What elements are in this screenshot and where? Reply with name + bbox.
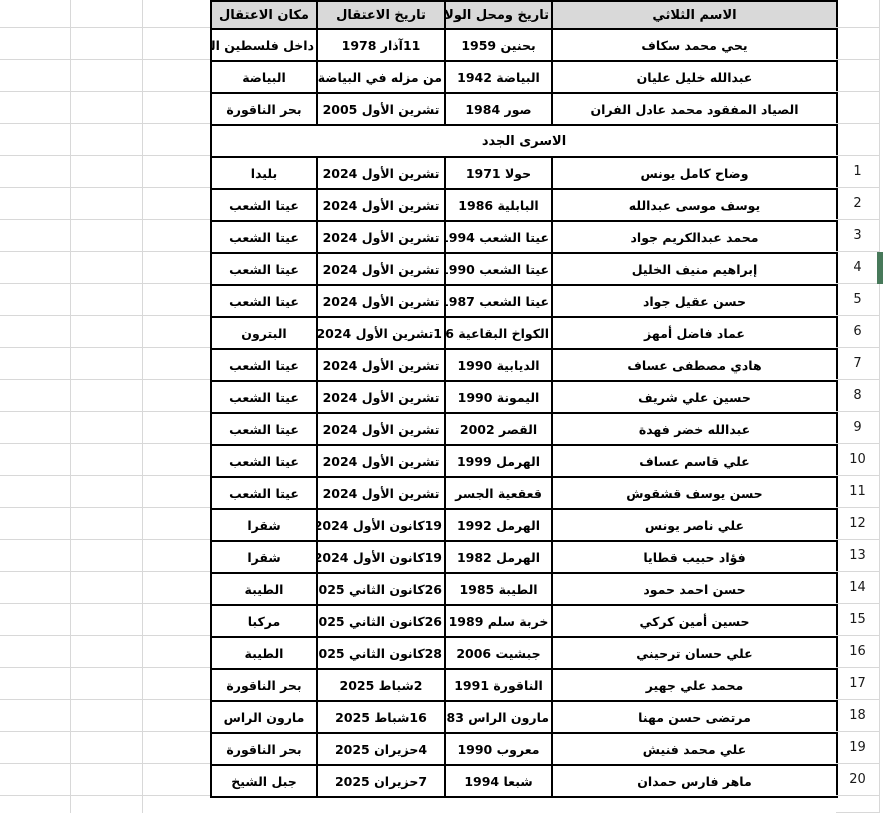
cell-birth[interactable]: الهرمل 1999 (445, 445, 552, 477)
cell-arrest-date[interactable]: 2شباط 2025 (317, 669, 445, 701)
cell-arrest-date[interactable]: 4حزيران 2025 (317, 733, 445, 765)
cell-name[interactable]: الصياد المفقود محمد عادل الفران (552, 93, 837, 125)
row-number-cell[interactable]: 12 (836, 508, 879, 540)
cell-birth[interactable]: مارون الراس 1983 (445, 701, 552, 733)
cell-arrest-date[interactable]: 1تشرين الأول 2024 (317, 317, 445, 349)
row-number-cell[interactable]: 6 (836, 316, 879, 348)
row-number-cell[interactable]: 11 (836, 476, 879, 508)
header-arrest-date[interactable]: تاريخ الاعتقال (317, 1, 445, 29)
cell-birth[interactable]: اليمونة 1990 (445, 381, 552, 413)
cell-birth[interactable]: معروب 1990 (445, 733, 552, 765)
cell-birth[interactable]: القصر 2002 (445, 413, 552, 445)
veteran-row: يحي محمد سكافبحنين 195911آذار 1978داخل ف… (211, 29, 837, 61)
cell-arrest-date[interactable]: تشرين الأول 2024 (317, 413, 445, 445)
cell-arrest-date[interactable]: تشرين الأول 2024 (317, 349, 445, 381)
cell-arrest-place[interactable]: عيتا الشعب (211, 285, 317, 317)
cell-name[interactable]: يحي محمد سكاف (552, 29, 837, 61)
cell-arrest-place[interactable]: البترون (211, 317, 317, 349)
cell-name[interactable]: حسين أمين كركي (552, 605, 837, 637)
cell-birth[interactable]: الطيبة 1985 (445, 573, 552, 605)
prisoner-row: فؤاد حبيب قطاياالهرمل 198219كانون الأول … (211, 541, 837, 573)
cell-name[interactable]: عبدالله خليل عليان (552, 61, 837, 93)
cell-arrest-place[interactable]: بحر الناقورة (211, 733, 317, 765)
cell-arrest-place[interactable]: عيتا الشعب (211, 477, 317, 509)
prisoner-row: مرتضى حسن مهنامارون الراس 198316شباط 202… (211, 701, 837, 733)
row-number-cell[interactable]: 3 (836, 220, 879, 252)
spreadsheet-canvas: الاسم الثلاثي تاريخ ومحل الولادة تاريخ ا… (0, 0, 883, 813)
row-number-cell[interactable]: 10 (836, 444, 879, 476)
cell-arrest-place[interactable]: عيتا الشعب (211, 221, 317, 253)
cell-name[interactable]: يوسف موسى عبدالله (552, 189, 837, 221)
prisoner-row: حسين أمين كركيخربة سلم 198926كانون الثان… (211, 605, 837, 637)
row-number-cell[interactable]: 20 (836, 764, 879, 796)
grid-column-line (70, 0, 71, 813)
cell-name[interactable]: علي حسان ترحيني (552, 637, 837, 669)
cell-arrest-date[interactable]: 16شباط 2025 (317, 701, 445, 733)
veteran-row: الصياد المفقود محمد عادل الفرانصور 1984ت… (211, 93, 837, 125)
prisoner-row: عماد فاضل أمهزالكواخ البقاعية 19861تشرين… (211, 317, 837, 349)
cell-birth[interactable]: عيتا الشعب 1987 (445, 285, 552, 317)
cell-name[interactable]: هادي مصطفى عساف (552, 349, 837, 381)
cell-arrest-place[interactable]: مركبا (211, 605, 317, 637)
row-number-cell[interactable]: 2 (836, 188, 879, 220)
cell-birth[interactable]: الهرمل 1982 (445, 541, 552, 573)
grid-column-line (142, 0, 143, 813)
cell-arrest-place[interactable]: بحر الناقورة (211, 669, 317, 701)
cell-arrest-date[interactable]: 19كانون الأول 2024 (317, 541, 445, 573)
row-number-cell[interactable]: 4 (836, 252, 879, 284)
prisoner-row: علي محمد فنيشمعروب 19904حزيران 2025بحر ا… (211, 733, 837, 765)
cell-arrest-date[interactable]: تشرين الأول 2024 (317, 221, 445, 253)
cell-arrest-date[interactable]: 7حزيران 2025 (317, 765, 445, 797)
cell-name[interactable]: عبدالله خضر فهدة (552, 413, 837, 445)
row-number-cell[interactable]: 7 (836, 348, 879, 380)
row-number-column[interactable]: 1234567891011121314151617181920 (836, 0, 880, 813)
cell-name[interactable]: محمد علي جهير (552, 669, 837, 701)
row-number-cell[interactable]: 14 (836, 572, 879, 604)
cell-birth[interactable]: الناقورة 1991 (445, 669, 552, 701)
prisoner-row: هادي مصطفى عسافالديابية 1990تشرين الأول … (211, 349, 837, 381)
prisoner-row: حسين علي شريفاليمونة 1990تشرين الأول 202… (211, 381, 837, 413)
cell-arrest-place[interactable]: البياضة (211, 61, 317, 93)
cell-arrest-place[interactable]: عيتا الشعب (211, 445, 317, 477)
row-number-cell[interactable]: 16 (836, 636, 879, 668)
prisoner-row: حسن يوسف قشقوشقعقعية الجسرتشرين الأول 20… (211, 477, 837, 509)
row-number-cell[interactable]: 17 (836, 668, 879, 700)
row-number-cell[interactable]: 1 (836, 156, 879, 188)
prisoner-row: عبدالله خضر فهدةالقصر 2002تشرين الأول 20… (211, 413, 837, 445)
cell-arrest-place[interactable]: بليدا (211, 157, 317, 189)
row-number-cell[interactable]: 15 (836, 604, 879, 636)
cell-arrest-date[interactable]: 11آذار 1978 (317, 29, 445, 61)
cell-arrest-place[interactable]: شقرا (211, 509, 317, 541)
prisoner-row: محمد علي جهيرالناقورة 19912شباط 2025بحر … (211, 669, 837, 701)
cell-name[interactable]: وضاح كامل يونس (552, 157, 837, 189)
cell-arrest-date[interactable]: تشرين الأول 2024 (317, 285, 445, 317)
cell-birth[interactable]: الديابية 1990 (445, 349, 552, 381)
cell-name[interactable]: ماهر فارس حمدان (552, 765, 837, 797)
cell-name[interactable]: حسن احمد حمود (552, 573, 837, 605)
cell-arrest-date[interactable]: تشرين الأول 2024 (317, 445, 445, 477)
cell-arrest-date[interactable]: 26كانون الثاني 2025 (317, 605, 445, 637)
prisoner-row: يوسف موسى عبداللهالبابلية 1986تشرين الأو… (211, 189, 837, 221)
empty-grid-area[interactable] (0, 0, 210, 813)
cell-arrest-place[interactable]: عيتا الشعب (211, 349, 317, 381)
cell-name[interactable]: علي محمد فنيش (552, 733, 837, 765)
section-title-row: الاسرى الجدد (211, 125, 837, 157)
empty-number-cell[interactable] (836, 0, 879, 28)
cell-birth[interactable]: الكواخ البقاعية 1986 (445, 317, 552, 349)
row-number-cell[interactable]: 5 (836, 284, 879, 316)
cell-birth[interactable]: صور 1984 (445, 93, 552, 125)
prisoner-row: علي ناصر يونسالهرمل 199219كانون الأول 20… (211, 509, 837, 541)
cell-arrest-place[interactable]: عيتا الشعب (211, 253, 317, 285)
prisoner-row: علي قاسم عسافالهرمل 1999تشرين الأول 2024… (211, 445, 837, 477)
cell-name[interactable]: مرتضى حسن مهنا (552, 701, 837, 733)
cell-arrest-date[interactable]: 28كانون الثاني 2025 (317, 637, 445, 669)
row-number-cell[interactable]: 18 (836, 700, 879, 732)
cell-arrest-place[interactable]: عيتا الشعب (211, 413, 317, 445)
cell-arrest-date[interactable]: 19كانون الأول 2024 (317, 509, 445, 541)
veteran-row: عبدالله خليل عليانالبياضة 1942من مزله في… (211, 61, 837, 93)
header-name[interactable]: الاسم الثلاثي (552, 1, 837, 29)
cell-birth[interactable]: خربة سلم 1989 (445, 605, 552, 637)
row-number-cell[interactable]: 13 (836, 540, 879, 572)
cell-arrest-place[interactable]: عيتا الشعب (211, 189, 317, 221)
cell-arrest-place[interactable]: بحر الناقورة (211, 93, 317, 125)
cell-arrest-date[interactable]: تشرين الأول 2024 (317, 253, 445, 285)
cell-arrest-place[interactable]: داخل فلسطين المحتلة (211, 29, 317, 61)
prisoner-row: وضاح كامل يونسحولا 1971تشرين الأول 2024ب… (211, 157, 837, 189)
cell-birth[interactable]: عيتا الشعب 1994 (445, 221, 552, 253)
row-number-cell[interactable]: 9 (836, 412, 879, 444)
cell-arrest-place[interactable]: عيتا الشعب (211, 381, 317, 413)
cell-arrest-place[interactable]: مارون الراس (211, 701, 317, 733)
empty-number-cell[interactable] (836, 28, 879, 60)
cell-arrest-place[interactable]: جبل الشيخ (211, 765, 317, 797)
cell-birth[interactable]: الهرمل 1992 (445, 509, 552, 541)
cell-arrest-place[interactable]: الطيبة (211, 573, 317, 605)
table-body: يحي محمد سكافبحنين 195911آذار 1978داخل ف… (211, 29, 837, 797)
header-birth[interactable]: تاريخ ومحل الولادة (445, 1, 552, 29)
prisoner-row: ماهر فارس حمدانشبعا 19947حزيران 2025جبل … (211, 765, 837, 797)
cell-arrest-date[interactable]: من مزله في البياضة 1981 (317, 61, 445, 93)
header-row: الاسم الثلاثي تاريخ ومحل الولادة تاريخ ا… (211, 1, 837, 29)
cell-name[interactable]: علي قاسم عساف (552, 445, 837, 477)
cell-name[interactable]: حسين علي شريف (552, 381, 837, 413)
cell-arrest-date[interactable]: تشرين الأول 2024 (317, 189, 445, 221)
cell-arrest-date[interactable]: 26كانون الثاني 2025 (317, 573, 445, 605)
cell-name[interactable]: حسن يوسف قشقوش (552, 477, 837, 509)
cell-name[interactable]: عماد فاضل أمهز (552, 317, 837, 349)
empty-number-cell[interactable] (836, 60, 879, 92)
cell-arrest-date[interactable]: تشرين الأول 2005 (317, 93, 445, 125)
empty-number-cell[interactable] (836, 796, 879, 813)
row-number-cell[interactable]: 8 (836, 380, 879, 412)
prisoners-table: الاسم الثلاثي تاريخ ومحل الولادة تاريخ ا… (210, 0, 838, 798)
cell-name[interactable]: علي ناصر يونس (552, 509, 837, 541)
cell-birth[interactable]: البابلية 1986 (445, 189, 552, 221)
cell-birth[interactable]: البياضة 1942 (445, 61, 552, 93)
empty-number-cell[interactable] (836, 124, 879, 156)
active-cell-border (877, 252, 883, 284)
cell-name[interactable]: محمد عبدالكريم جواد (552, 221, 837, 253)
empty-number-cell[interactable] (836, 92, 879, 124)
cell-birth[interactable]: شبعا 1994 (445, 765, 552, 797)
cell-name[interactable]: إبراهيم منيف الخليل (552, 253, 837, 285)
section-title-cell[interactable]: الاسرى الجدد (211, 125, 837, 157)
cell-arrest-place[interactable]: شقرا (211, 541, 317, 573)
cell-birth[interactable]: عيتا الشعب 1990 (445, 253, 552, 285)
cell-birth[interactable]: قعقعية الجسر (445, 477, 552, 509)
cell-birth[interactable]: بحنين 1959 (445, 29, 552, 61)
header-arrest-place[interactable]: مكان الاعتقال (211, 1, 317, 29)
cell-name[interactable]: فؤاد حبيب قطايا (552, 541, 837, 573)
prisoner-row: محمد عبدالكريم جوادعيتا الشعب 1994تشرين … (211, 221, 837, 253)
cell-arrest-date[interactable]: تشرين الأول 2024 (317, 477, 445, 509)
prisoner-row: حسن احمد حمودالطيبة 198526كانون الثاني 2… (211, 573, 837, 605)
prisoner-row: حسن عقيل جوادعيتا الشعب 1987تشرين الأول … (211, 285, 837, 317)
cell-birth[interactable]: جبشيت 2006 (445, 637, 552, 669)
cell-arrest-date[interactable]: تشرين الأول 2024 (317, 157, 445, 189)
row-number-cell[interactable]: 19 (836, 732, 879, 764)
cell-arrest-date[interactable]: تشرين الأول 2024 (317, 381, 445, 413)
cell-name[interactable]: حسن عقيل جواد (552, 285, 837, 317)
prisoner-row: علي حسان ترحينيجبشيت 200628كانون الثاني … (211, 637, 837, 669)
cell-birth[interactable]: حولا 1971 (445, 157, 552, 189)
prisoner-row: إبراهيم منيف الخليلعيتا الشعب 1990تشرين … (211, 253, 837, 285)
cell-arrest-place[interactable]: الطيبة (211, 637, 317, 669)
